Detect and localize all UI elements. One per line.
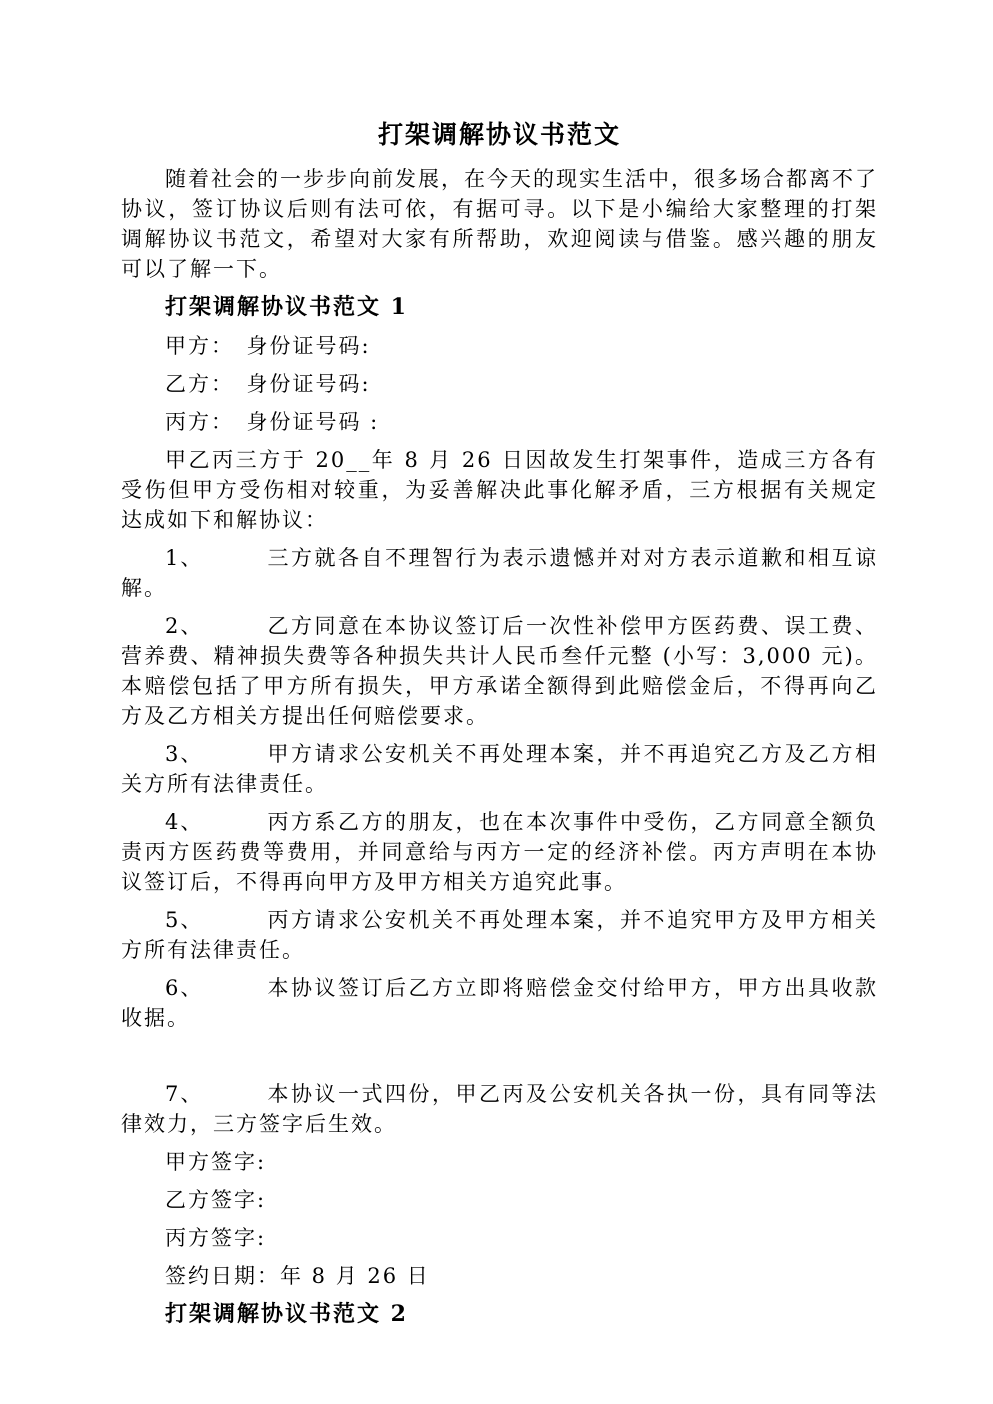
agreement-item-6: 6、本协议签订后乙方立即将赔偿金交付给甲方，甲方出具收款收据。: [121, 973, 878, 1033]
signature-line-bingfang: 丙方签字:: [121, 1223, 878, 1253]
document-title: 打架调解协议书范文: [121, 116, 878, 153]
blank-line: [121, 1041, 878, 1071]
agreement-item-7: 7、本协议一式四份，甲乙丙及公安机关各执一份，具有同等法律效力，三方签字后生效。: [121, 1079, 878, 1139]
item-number: 6、: [165, 973, 267, 1003]
agreement-item-5: 5、丙方请求公安机关不再处理本案，并不追究甲方及甲方相关方所有法律责任。: [121, 905, 878, 965]
item-number: 7、: [165, 1079, 267, 1109]
intro-paragraph: 随着社会的一步步向前发展，在今天的现实生活中，很多场合都离不了协议，签订协议后则…: [121, 164, 878, 284]
agreement-item-4: 4、丙方系乙方的朋友，也在本次事件中受伤，乙方同意全额负责丙方医药费等费用，并同…: [121, 807, 878, 897]
party-line-yifang: 乙方： 身份证号码:: [121, 369, 878, 399]
document-page: 打架调解协议书范文 随着社会的一步步向前发展，在今天的现实生活中，很多场合都离不…: [0, 0, 993, 1404]
agreement-item-3: 3、甲方请求公安机关不再处理本案，并不再追究乙方及乙方相关方所有法律责任。: [121, 739, 878, 799]
item-number: 3、: [165, 739, 267, 769]
agreement-item-1: 1、三方就各自不理智行为表示遗憾并对对方表示道歉和相互谅解。: [121, 543, 878, 603]
document-body: 打架调解协议书范文 随着社会的一步步向前发展，在今天的现实生活中，很多场合都离不…: [121, 116, 878, 1338]
signing-date-line: 签约日期：年 8 月 26 日: [121, 1261, 878, 1291]
party-line-jiafang: 甲方： 身份证号码:: [121, 331, 878, 361]
agreement-item-2: 2、乙方同意在本协议签订后一次性补偿甲方医药费、误工费、营养费、精神损失费等各种…: [121, 611, 878, 731]
item-number: 2、: [165, 611, 267, 641]
section-2-heading: 打架调解协议书范文 2: [121, 1299, 878, 1330]
section-1-heading: 打架调解协议书范文 1: [121, 292, 878, 323]
party-line-bingfang: 丙方： 身份证号码 :: [121, 407, 878, 437]
preamble-paragraph: 甲乙丙三方于 20__年 8 月 26 日因故发生打架事件，造成三方各有受伤但甲…: [121, 445, 878, 535]
signature-line-yifang: 乙方签字:: [121, 1185, 878, 1215]
item-number: 1、: [165, 543, 267, 573]
item-number: 4、: [165, 807, 267, 837]
item-number: 5、: [165, 905, 267, 935]
signature-line-jiafang: 甲方签字:: [121, 1147, 878, 1177]
